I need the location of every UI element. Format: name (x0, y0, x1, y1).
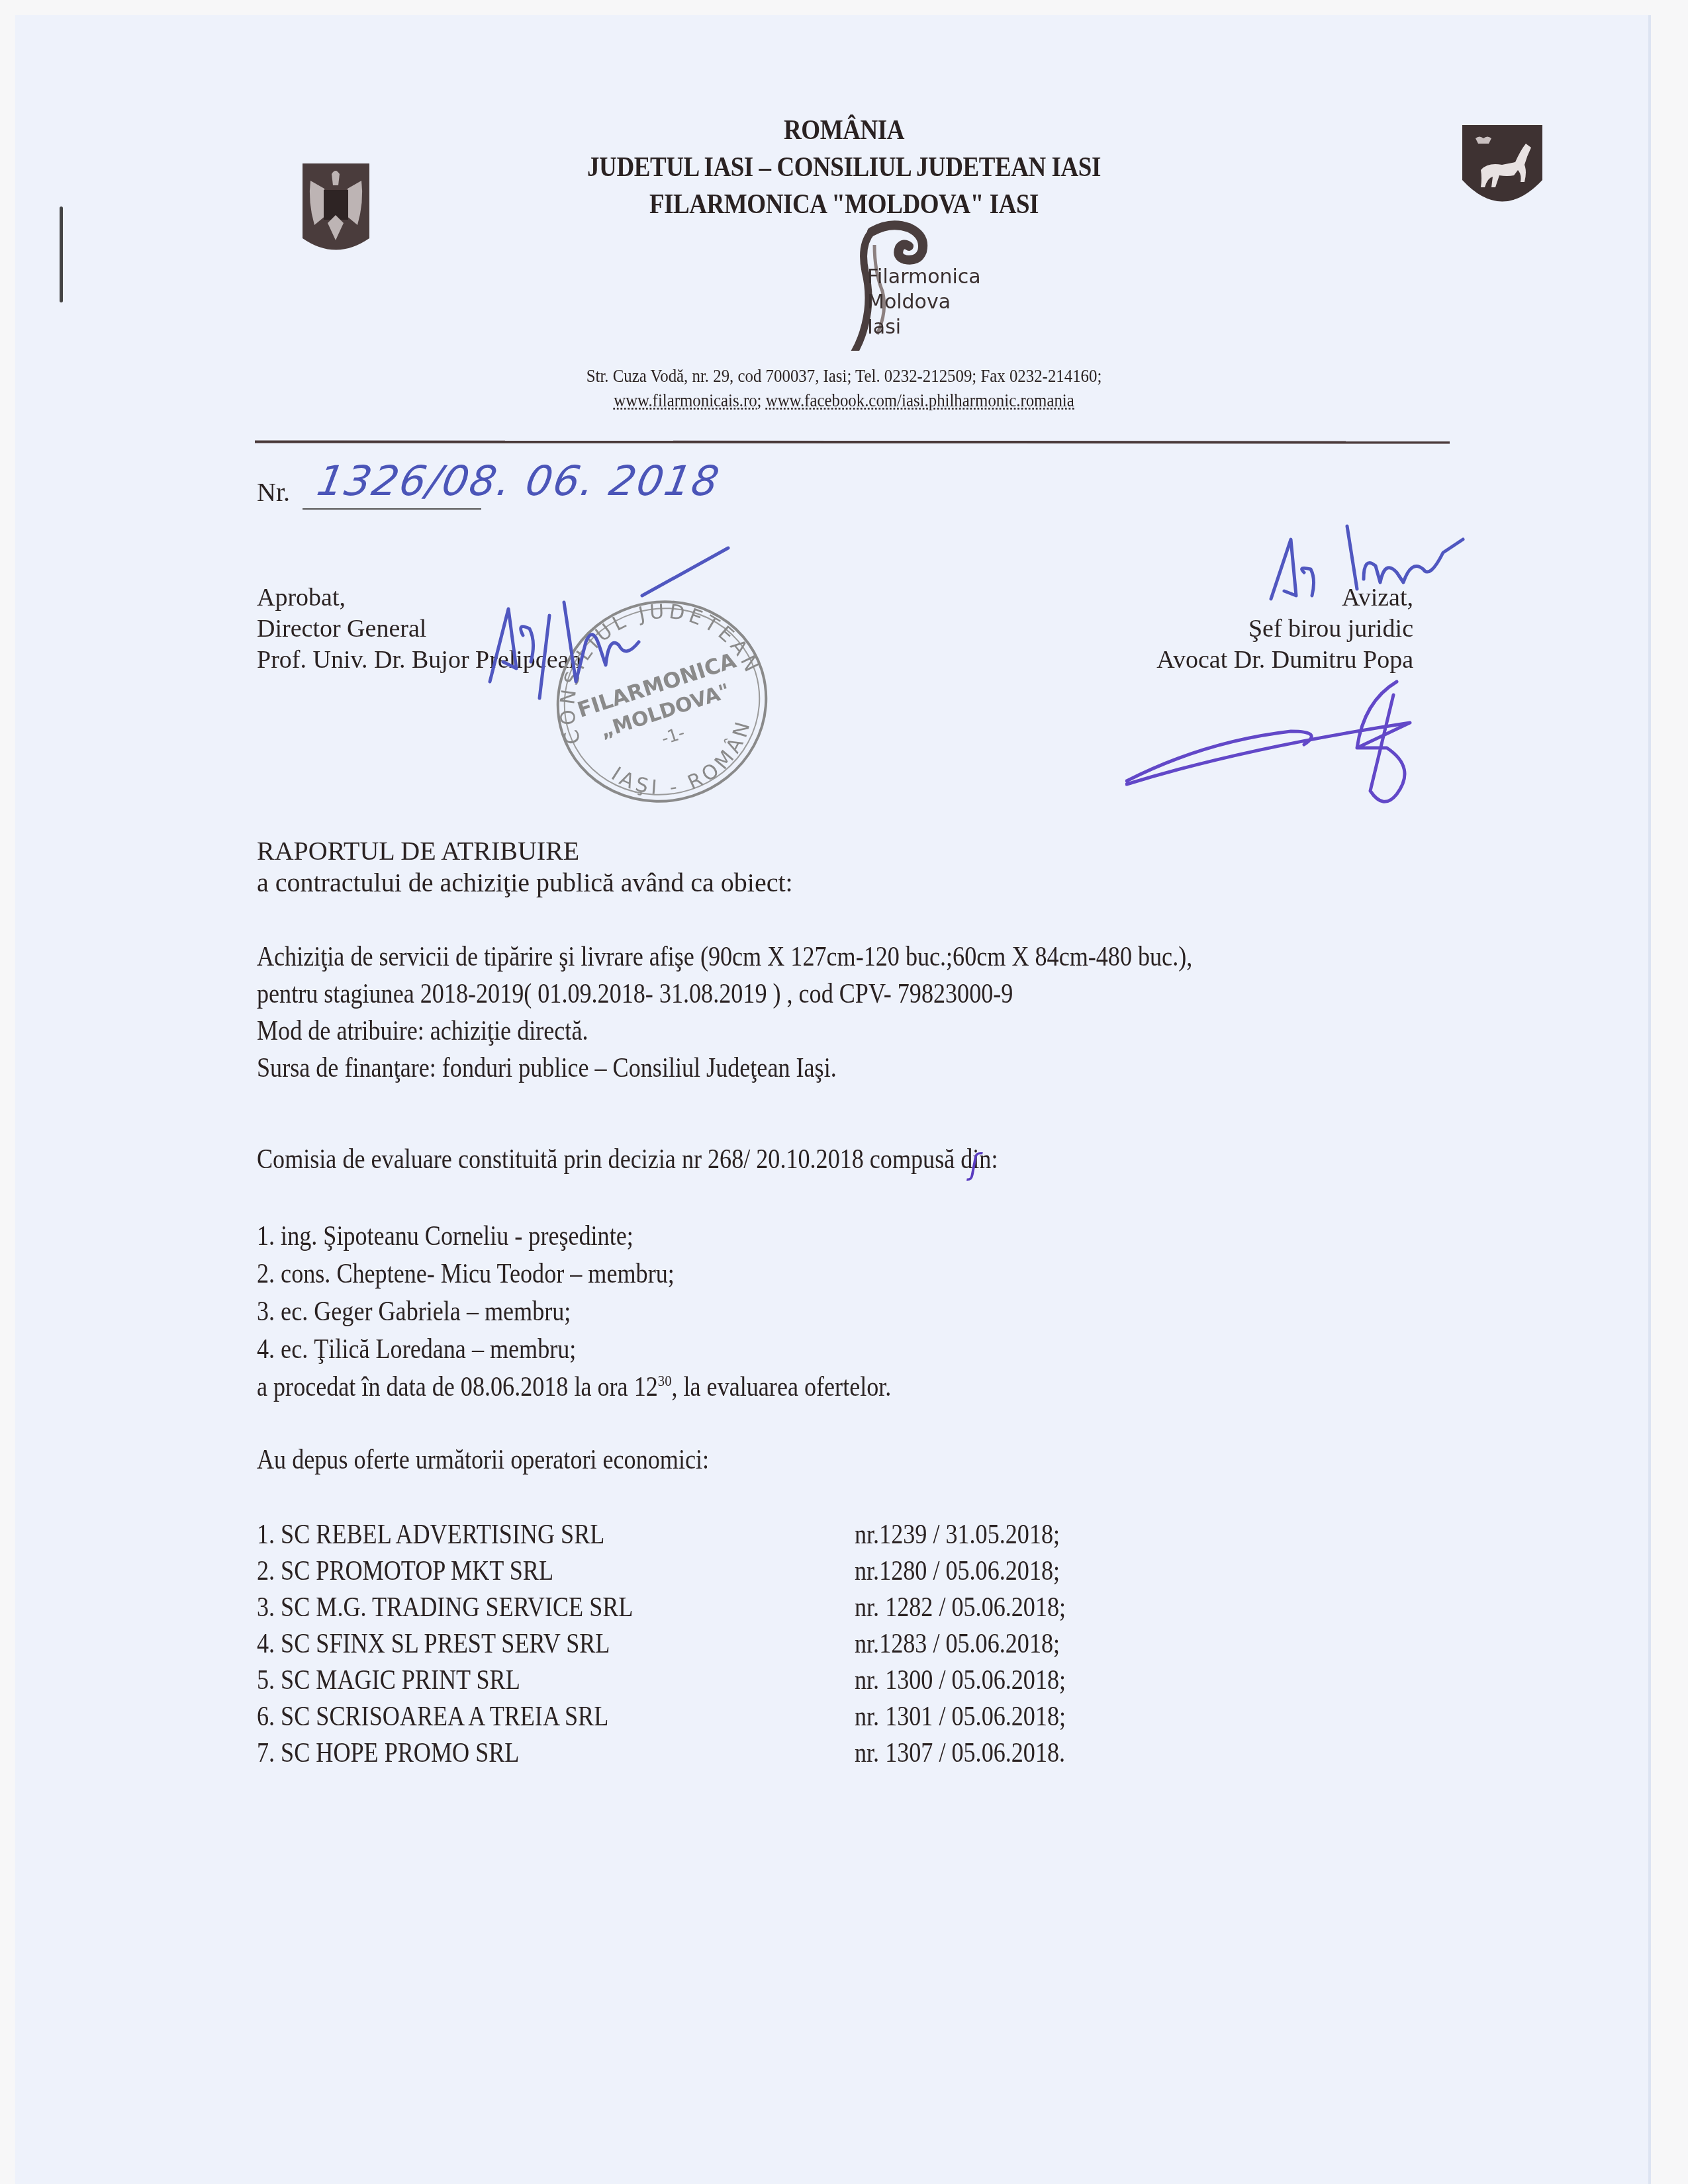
offer-operator-name: 4. SC SFINX SL PREST SERV SRL (257, 1629, 610, 1659)
header-county: JUDETUL IASI – CONSILIUL JUDETEAN IASI (118, 151, 1570, 183)
registration-label: Nr. (257, 477, 290, 508)
offer-registration-ref: nr.1239 / 31.05.2018; (855, 1517, 1060, 1553)
offer-operator-name: 3. SC M.G. TRADING SERVICE SRL (257, 1592, 633, 1623)
address-line: Str. Cuza Vodă, nr. 29, cod 700037, Iasi… (68, 366, 1620, 387)
offer-operator-name: 7. SC HOPE PROMO SRL (257, 1738, 519, 1768)
endorsement-name: Avocat Dr. Dumitru Popa (1156, 645, 1413, 676)
offer-registration-ref: nr.1283 / 05.06.2018; (855, 1626, 1060, 1662)
award-mode: Mod de atribuire: achiziţie directă. (257, 1013, 1192, 1050)
commission-intro: Comisia de evaluare constituită prin dec… (257, 1144, 998, 1175)
offer-row: 4. SC SFINX SL PREST SERV SRLnr.1283 / 0… (257, 1626, 633, 1662)
web-links: www.filarmonicais.ro; www.facebook.com/i… (68, 390, 1620, 411)
offer-row: 3. SC M.G. TRADING SERVICE SRLnr. 1282 /… (257, 1590, 633, 1626)
approval-name: Prof. Univ. Dr. Bujor Prelipcean (257, 645, 581, 676)
procedure-statement: a procedat în data de 08.06.2018 la ora … (257, 1369, 891, 1406)
member-item: 4. ec. Ţilică Loredana – membru; (257, 1331, 891, 1369)
logo-line-3: Iasi (867, 315, 981, 340)
offers-list: 1. SC REBEL ADVERTISING SRLnr.1239 / 31.… (257, 1517, 633, 1772)
funding-source: Sursa de finanţare: fonduri publice – Co… (257, 1050, 1192, 1087)
registration-number-handwritten: 1326/08. 06. 2018 (314, 457, 724, 505)
offer-registration-ref: nr.1280 / 05.06.2018; (855, 1553, 1060, 1590)
scan-edge (1648, 15, 1651, 2184)
procedure-text: a procedat în data de 08.06.2018 la ora … (257, 1372, 658, 1402)
approval-role: Director General (257, 614, 581, 645)
endorsement-role: Şef birou juridic (1156, 614, 1413, 645)
offer-row: 5. SC MAGIC PRINT SRLnr. 1300 / 05.06.20… (257, 1662, 633, 1699)
offers-intro: Au depus oferte următorii operatori econ… (257, 1444, 709, 1476)
offer-registration-ref: nr. 1301 / 05.06.2018; (855, 1699, 1066, 1735)
logo-line-1: Filarmonica (867, 265, 981, 290)
report-details: Achiziţia de servicii de tipărire şi liv… (257, 938, 1192, 1087)
logo-wordmark: Filarmonica Moldova Iasi (867, 265, 981, 340)
logo-line-2: Moldova (867, 290, 981, 315)
date-correction-mark: ʃ (970, 1148, 980, 1182)
website-link[interactable]: www.filarmonicais.ro (614, 390, 757, 410)
report-subtitle: a contractului de achiziţie publică avân… (257, 867, 793, 898)
endorsement-block: Avizat, Şef birou juridic Avocat Dr. Dum… (1156, 582, 1413, 676)
official-stamp-icon: CONSILIUL JUDETEAN IAŞI - ROMÂNIA FILARM… (543, 592, 781, 811)
offer-row: 2. SC PROMOTOP MKT SRLnr.1280 / 05.06.20… (257, 1553, 633, 1590)
link-separator: ; (757, 390, 766, 410)
margin-mark (60, 206, 63, 302)
member-item: 3. ec. Geger Gabriela – membru; (257, 1293, 891, 1331)
stamp-center-3: -1- (659, 723, 688, 749)
offer-registration-ref: nr. 1300 / 05.06.2018; (855, 1662, 1066, 1699)
offer-operator-name: 2. SC PROMOTOP MKT SRL (257, 1556, 553, 1586)
report-title: RAPORTUL DE ATRIBUIRE (257, 835, 579, 866)
commission-members: 1. ing. Şipoteanu Corneliu - preşedinte;… (257, 1218, 891, 1406)
member-item: 2. cons. Cheptene- Micu Teodor – membru; (257, 1255, 891, 1293)
offer-row: 6. SC SCRISOAREA A TREIA SRLnr. 1301 / 0… (257, 1699, 633, 1735)
offer-operator-name: 6. SC SCRISOAREA A TREIA SRL (257, 1702, 608, 1732)
procedure-minutes: 30 (658, 1373, 672, 1390)
approval-label: Aprobat, (257, 582, 581, 614)
offer-row: 7. SC HOPE PROMO SRLnr. 1307 / 05.06.201… (257, 1735, 633, 1772)
procedure-text-end: , la evaluarea ofertelor. (671, 1372, 891, 1402)
header-country: ROMÂNIA (118, 114, 1570, 146)
approval-block: Aprobat, Director General Prof. Univ. Dr… (257, 582, 581, 676)
registration-underline (303, 508, 481, 510)
member-item: 1. ing. Şipoteanu Corneliu - preşedinte; (257, 1218, 891, 1255)
contract-object-line-1: Achiziţia de servicii de tipărire şi liv… (257, 938, 1192, 976)
contract-object-line-2: pentru stagiunea 2018-2019( 01.09.2018- … (257, 976, 1192, 1013)
facebook-link[interactable]: www.facebook.com/iasi.philharmonic.roman… (766, 390, 1074, 410)
offer-row: 1. SC REBEL ADVERTISING SRLnr.1239 / 31.… (257, 1517, 633, 1553)
offer-registration-ref: nr. 1307 / 05.06.2018. (855, 1735, 1065, 1772)
offer-registration-ref: nr. 1282 / 05.06.2018; (855, 1590, 1066, 1626)
endorsement-label: Avizat, (1156, 582, 1413, 614)
offer-operator-name: 1. SC REBEL ADVERTISING SRL (257, 1520, 604, 1550)
offer-operator-name: 5. SC MAGIC PRINT SRL (257, 1665, 520, 1696)
header-institution: FILARMONICA "MOLDOVA" IASI (118, 188, 1570, 220)
